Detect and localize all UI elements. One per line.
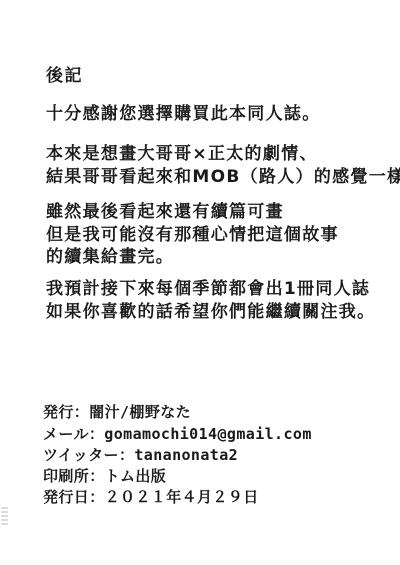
colophon-publisher-line: 発行：闇汁/棚野なた bbox=[43, 402, 191, 423]
colophon-email-line: メール：gomamochi014@gmail.com bbox=[43, 424, 312, 445]
paragraph-line: 十分感謝您選擇購買此本同人誌。 bbox=[46, 103, 321, 126]
paragraph-line: 我預計接下來每個季節都會出1冊同人誌 bbox=[46, 278, 370, 301]
paragraph-line: 的續集給畫完。 bbox=[46, 246, 174, 269]
colophon-printer-line: 印刷所：トム出版 bbox=[43, 466, 166, 487]
afterword-page: 後記 十分感謝您選擇購買此本同人誌。 本來是想畫大哥哥×正太的劇情、 結果哥哥看… bbox=[0, 0, 400, 565]
scan-edge-artifact bbox=[1, 507, 8, 525]
paragraph-line: 本來是想畫大哥哥×正太的劇情、 bbox=[46, 143, 318, 166]
paragraph-line: 雖然最後看起來還有續篇可畫 bbox=[46, 201, 284, 224]
colophon-date-line: 発行日：２０２１年４月２９日 bbox=[43, 487, 259, 508]
page-title: 後記 bbox=[46, 61, 83, 86]
colophon-twitter-line: ツイッター：tananonata2 bbox=[43, 445, 238, 466]
paragraph-line: 但是我可能沒有那種心情把這個故事 bbox=[46, 224, 339, 247]
paragraph-line: 結果哥哥看起來和MOB（路人）的感覺一樣。 bbox=[46, 166, 400, 189]
paragraph-line: 如果你喜歡的話希望你們能繼續關注我。 bbox=[46, 301, 375, 324]
